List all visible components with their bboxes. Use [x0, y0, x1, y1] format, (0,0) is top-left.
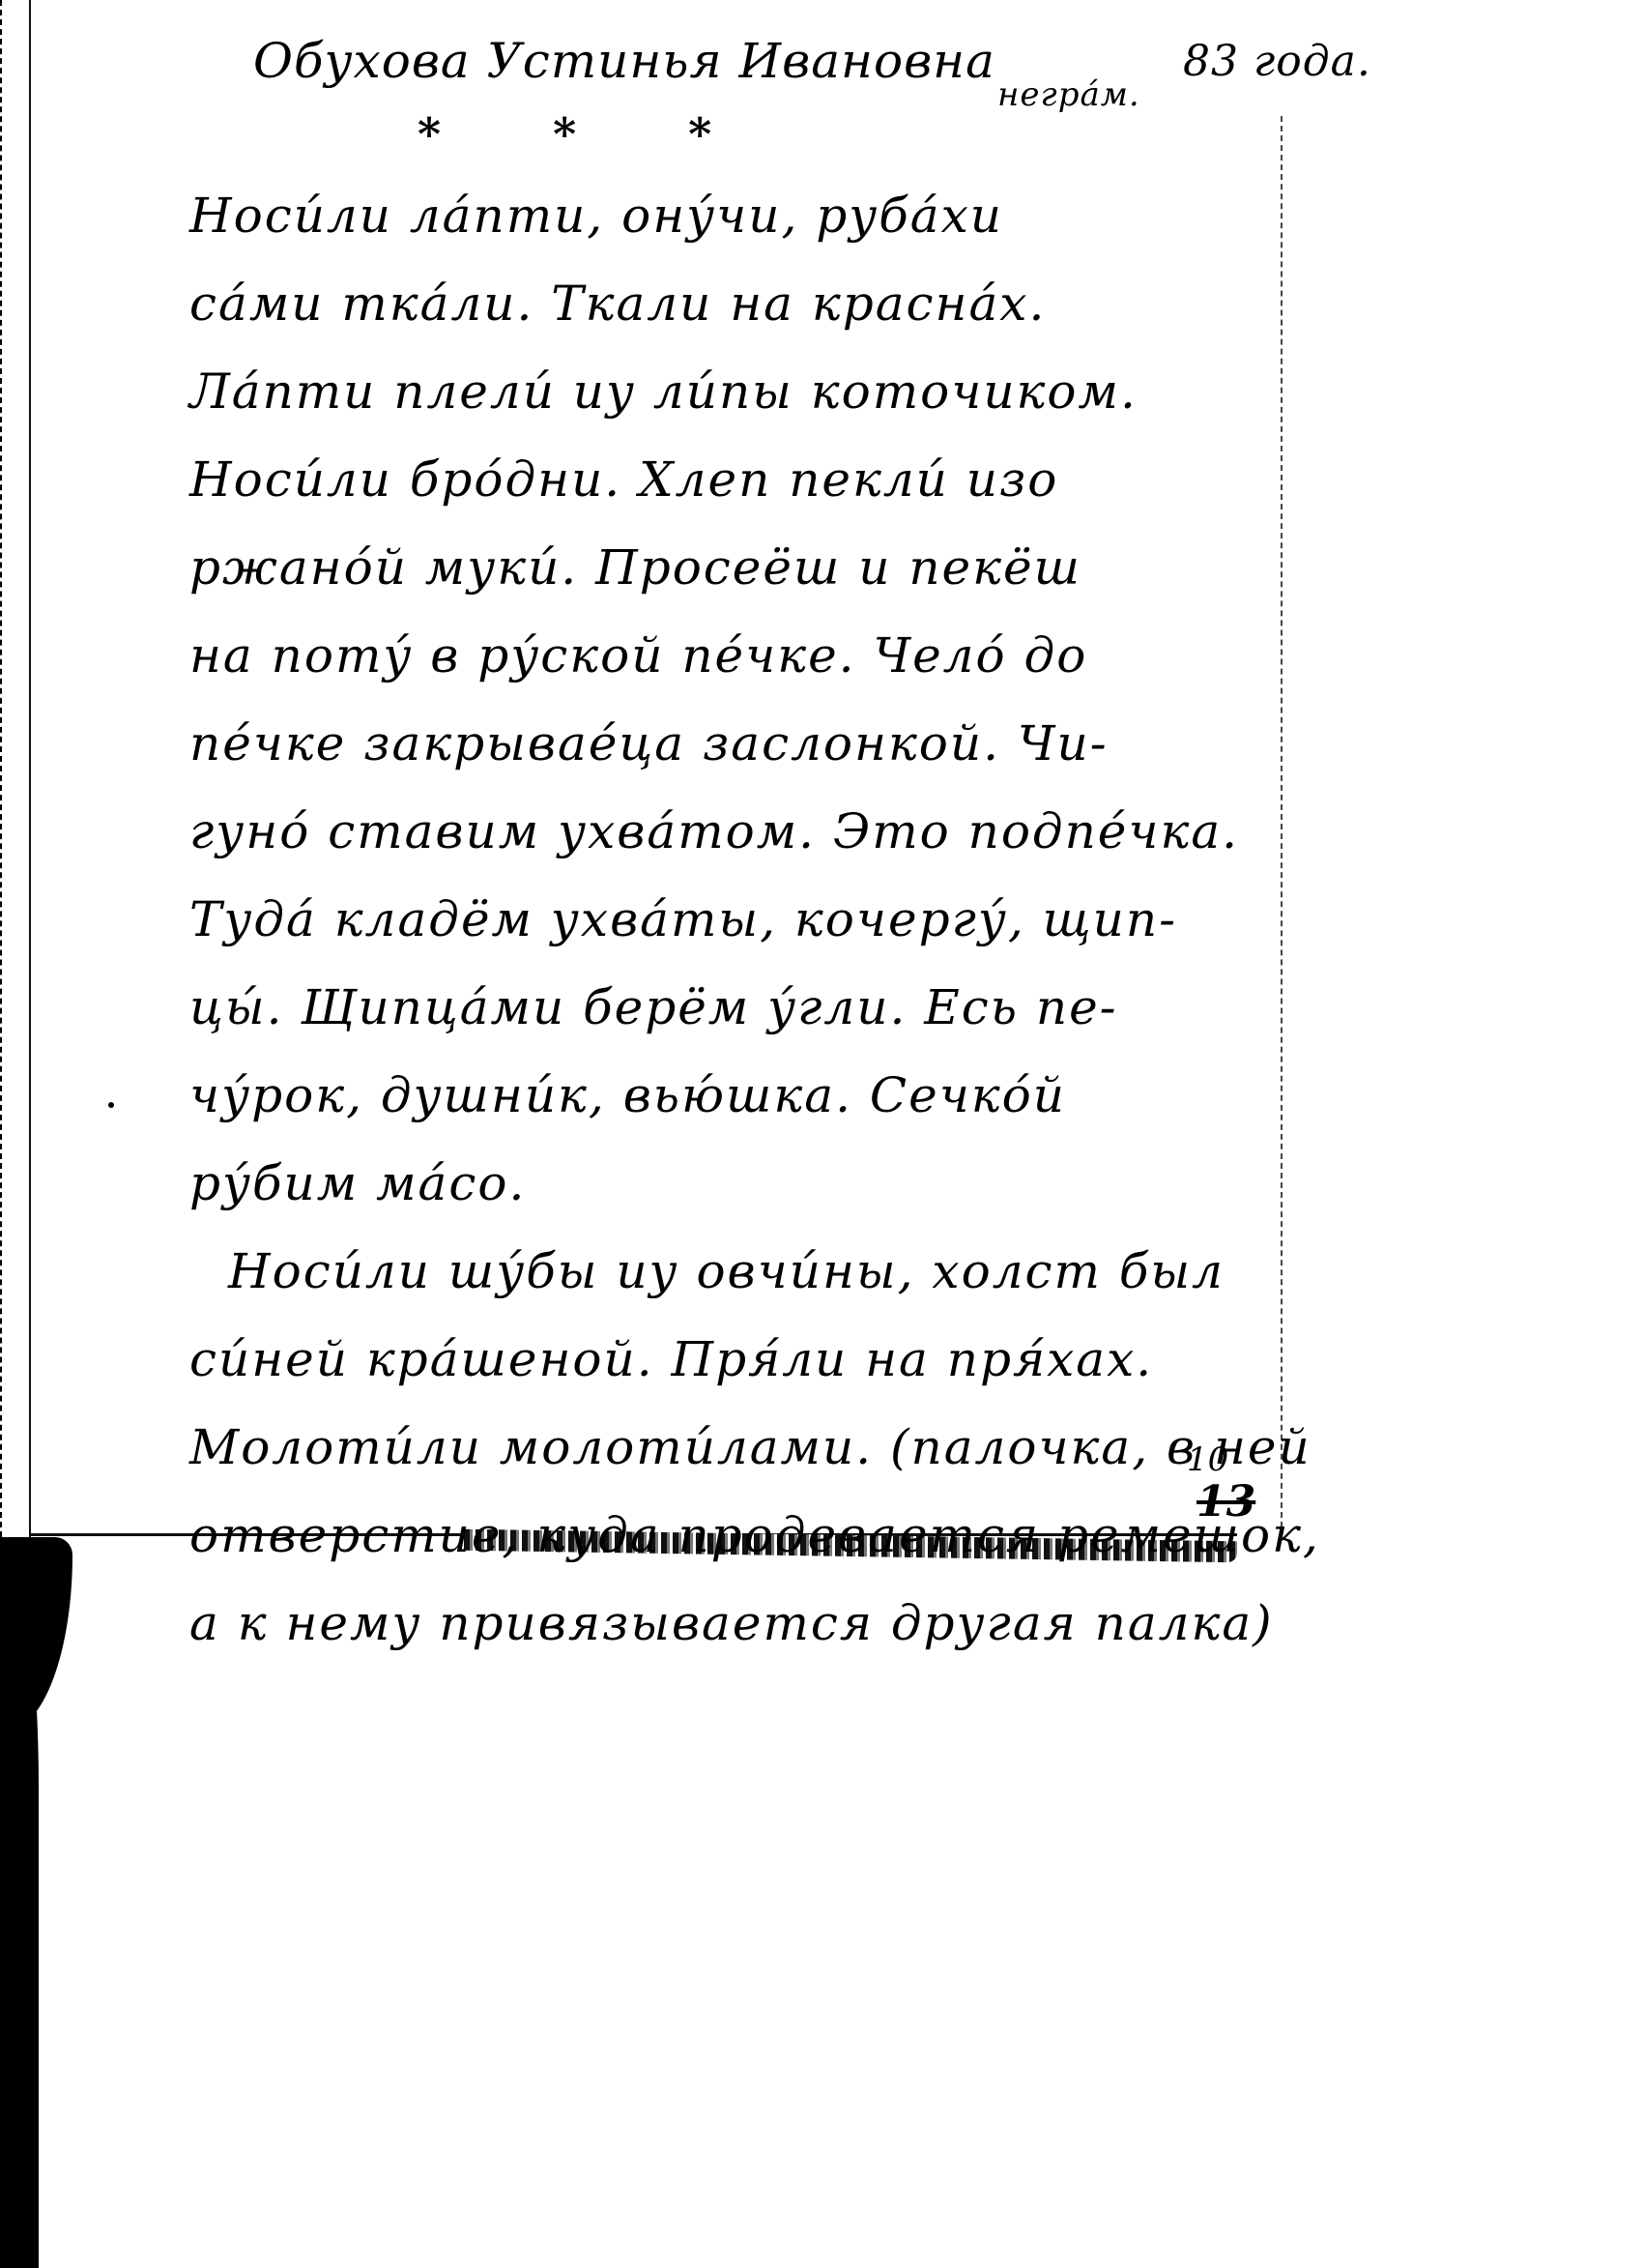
- section-separator: * * *: [418, 108, 760, 160]
- text-line: на поту́ в ру́ской пе́чке. Чело́ до: [189, 612, 1282, 700]
- text-line: Носи́ли ла́пти, ону́чи, руба́хи: [189, 172, 1282, 260]
- text-line: ру́бим ма́со.: [189, 1140, 1282, 1228]
- scan-binding-shadow: [0, 1537, 39, 2268]
- informant-note: негра́м.: [997, 75, 1140, 114]
- text-line: Носи́ли шу́бы иу овчи́ны, холст был: [189, 1228, 1282, 1316]
- text-line: ржано́й муки́. Просеёш и пекёш: [189, 524, 1282, 612]
- text-line: гуно́ ставим ухва́том. Это подпе́чка.: [189, 788, 1282, 876]
- ink-dot: [108, 1102, 114, 1108]
- text-line: Носи́ли бро́дни. Хлеп пекли́ изо: [189, 436, 1282, 524]
- text-line: са́ми тка́ли. Ткали на красна́х.: [189, 260, 1282, 348]
- text-line: чу́рок, душни́к, вью́шка. Сечко́й: [189, 1052, 1282, 1140]
- page-left-border: [29, 0, 31, 1537]
- informant-age: 83 года.: [1183, 37, 1371, 86]
- text-line: цы́. Щипца́ми берём у́гли. Есь пе-: [189, 964, 1282, 1052]
- text-line: Туда́ кладём ухва́ты, кочергу́, щип-: [189, 876, 1282, 964]
- scan-left-edge: [0, 0, 6, 1537]
- text-line: пе́чке закрывае́ца заслонкой. Чи-: [189, 700, 1282, 788]
- page-number-lower: 13: [1196, 1477, 1255, 1527]
- document-header: Обухова Устинья Ивановна 83 года. негра́…: [253, 33, 1297, 110]
- text-line: а к нему привязывается другая палка): [189, 1580, 1282, 1668]
- informant-name: Обухова Устинья Ивановна: [253, 33, 995, 89]
- text-line: Молоти́ли молоти́лами. (палочка, в ней: [189, 1404, 1282, 1492]
- text-line: Ла́пти плели́ иу ли́пы коточиком.: [189, 348, 1282, 436]
- text-line: си́ней кра́шеной. Пря́ли на пря́хах.: [189, 1316, 1282, 1404]
- page-number-upper: 10: [1187, 1440, 1228, 1479]
- handwritten-text: Носи́ли ла́пти, ону́чи, руба́хи са́ми тк…: [189, 172, 1282, 1668]
- text-line: отверстие, куда продевается ремешок,: [189, 1492, 1282, 1580]
